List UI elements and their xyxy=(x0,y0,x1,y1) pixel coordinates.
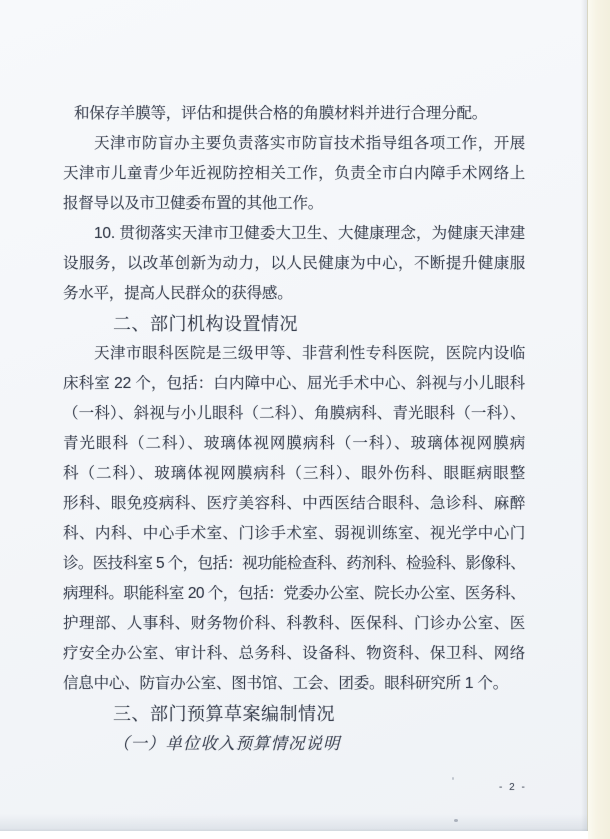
text-line: （一科）、斜视与小儿眼科（二科）、角膜病科、青光眼科（一科）、 xyxy=(63,399,525,429)
text-line: 科（二科）、玻璃体视网膜病科（三科）、眼外伤科、眼眶病眼整 xyxy=(63,459,525,489)
scanner-edge-strip xyxy=(587,0,610,839)
text-line: 二、部门机构设置情况 xyxy=(63,309,525,339)
document-lines: 和保存羊膜等，评估和提供合格的角膜材料并进行合理分配。天津市防盲办主要负责落实市… xyxy=(63,99,525,759)
text-line: 报督导以及市卫健委布置的其他工作。 xyxy=(63,189,525,219)
text-line: 科、内科、中心手术室、门诊手术室、弱视训练室、视光学中心门 xyxy=(63,519,525,549)
scan-artifact xyxy=(452,777,454,780)
scanned-page: 和保存羊膜等，评估和提供合格的角膜材料并进行合理分配。天津市防盲办主要负责落实市… xyxy=(0,0,610,839)
text-line: 天津市防盲办主要负责落实市防盲技术指导组各项工作，开展 xyxy=(63,129,525,159)
text-line: 和保存羊膜等，评估和提供合格的角膜材料并进行合理分配。 xyxy=(63,99,525,129)
text-line: 务水平，提高人民群众的获得感。 xyxy=(63,279,525,309)
text-line: 青光眼科（二科）、玻璃体视网膜病科（一科）、玻璃体视网膜病 xyxy=(63,429,525,459)
scanner-bottom-strip xyxy=(0,831,588,839)
text-line: 天津市眼科医院是三级甲等、非营利性专科医院，医院内设临 xyxy=(63,339,525,369)
text-line: （一）单位收入预算情况说明 xyxy=(63,729,525,759)
text-line: 天津市儿童青少年近视防控相关工作，负责全市白内障手术网络上 xyxy=(63,159,525,189)
text-line: 病理科。职能科室 20 个，包括：党委办公室、院长办公室、医务科、 xyxy=(63,579,525,609)
page-bottom-edge-shadow xyxy=(0,814,588,831)
text-line: 10. 贯彻落实天津市卫健委大卫生、大健康理念，为健康天津建 xyxy=(63,219,525,249)
text-line: 设服务，以改革创新为动力，以人民健康为中心，不断提升健康服 xyxy=(63,249,525,279)
text-line: 形科、眼免疫病科、医疗美容科、中西医结合眼科、急诊科、麻醉 xyxy=(63,489,525,519)
text-line: 床科室 22 个，包括：白内障中心、屈光手术中心、斜视与小儿眼科 xyxy=(63,369,525,399)
text-line: 信息中心、防盲办公室、图书馆、工会、团委。眼科研究所 1 个。 xyxy=(63,669,525,699)
page-number: - 2 - xyxy=(499,782,527,793)
text-line: 三、部门预算草案编制情况 xyxy=(63,699,525,729)
text-line: 疗安全办公室、审计科、总务科、设备科、物资科、保卫科、网络 xyxy=(63,639,525,669)
scan-artifact xyxy=(454,819,458,822)
text-line: 诊。医技科室 5 个，包括：视功能检查科、药剂科、检验科、影像科、 xyxy=(63,549,525,579)
text-line: 护理部、人事科、财务物价科、科教科、医保科、门诊办公室、医 xyxy=(63,609,525,639)
